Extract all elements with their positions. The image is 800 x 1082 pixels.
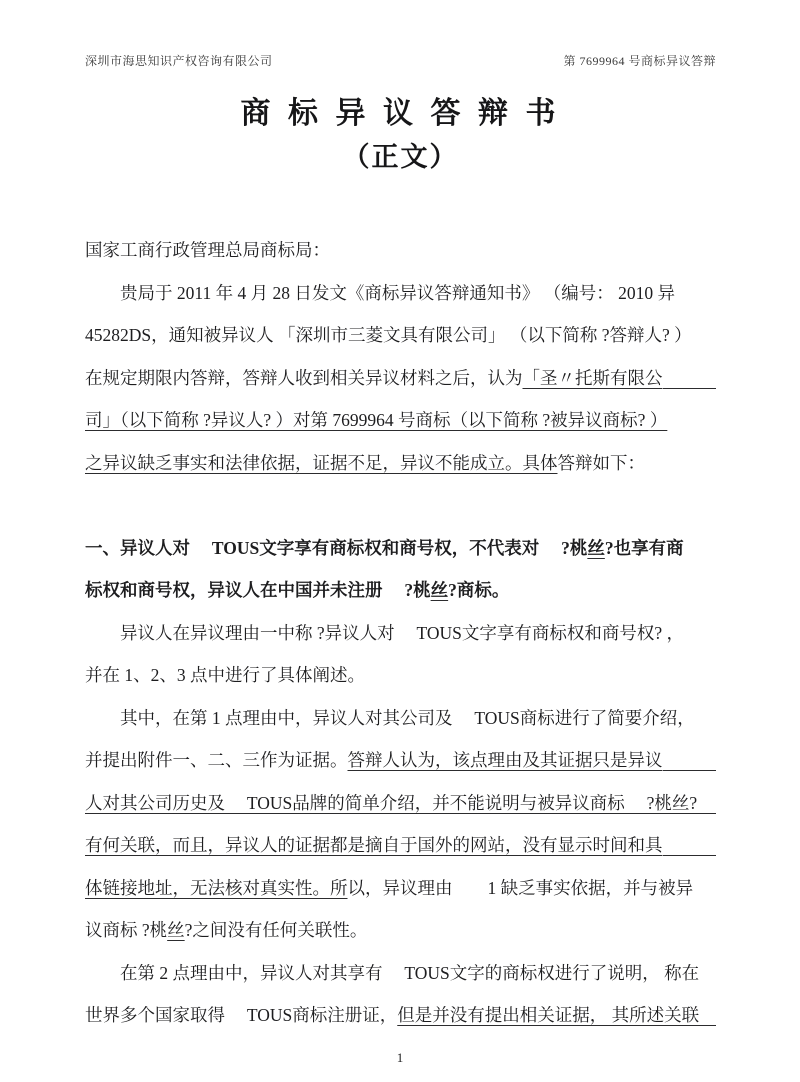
text-run: 丝	[587, 527, 605, 570]
text-run: 以，异议理由 1 缺乏事实依据，并与被异	[348, 867, 694, 910]
document-line: 并提出附件一、二、三作为证据。答辩人认为，该点理由及其证据只是异议	[85, 739, 716, 782]
text-run: 贵局于 2011 年 4 月 28 日发文《商标异议答辩通知书》 （编号： 20…	[85, 272, 675, 315]
header-left-text: 深圳市海思知识产权咨询有限公司	[85, 52, 273, 69]
document-line: 一、异议人对 TOUS文字享有商标权和商号权，不代表对 ?桃丝?也享有商	[85, 527, 716, 570]
document-line: 并在 1、2、3 点中进行了具体阐述。	[85, 654, 716, 697]
text-run: 一、异议人对 TOUS文字享有商标权和商号权，不代表对 ?桃	[85, 527, 587, 570]
text-run: ?也享有商	[605, 527, 684, 570]
text-run: 异议人在异议理由一中称 ?异议人对 TOUS文字享有商标权和商号权? ，	[85, 612, 684, 655]
document-body: 国家工商行政管理总局商标局： 贵局于 2011 年 4 月 28 日发文《商标异…	[85, 229, 716, 1037]
document-line: 体链接地址，无法核对真实性。所以，异议理由 1 缺乏事实依据，并与被异	[85, 867, 716, 910]
text-run: 世界多个国家取得 TOUS商标注册证，	[85, 994, 397, 1037]
document-line: 在第 2 点理由中，异议人对其享有 TOUS文字的商标权进行了说明， 称在	[85, 952, 716, 995]
text-run: 并在 1、2、3 点中进行了具体阐述。	[85, 654, 365, 697]
page-header: 深圳市海思知识产权咨询有限公司 第 7699964 号商标异议答辩	[85, 52, 716, 69]
text-run: 国家工商行政管理总局商标局：	[85, 229, 330, 272]
text-run: 但是并没有提出相关证据， 其所述关联	[397, 994, 699, 1037]
text-run: 其中，在第 1 点理由中，异议人对其公司及 TOUS商标进行了简要介绍，	[85, 697, 695, 740]
text-run: 丝	[431, 569, 449, 612]
document-line: 45282DS，通知被异议人 「深圳市三菱文具有限公司」 （以下简称 ?答辩人?…	[85, 314, 716, 357]
document-line: 之异议缺乏事实和法律依据，证据不足，异议不能成立。具体答辩如下：	[85, 442, 716, 485]
document-line: 世界多个国家取得 TOUS商标注册证，但是并没有提出相关证据， 其所述关联	[85, 994, 716, 1037]
text-run: 答辩如下：	[558, 442, 646, 485]
text-run: 45282DS，通知被异议人 「深圳市三菱文具有限公司」 （以下简称 ?答辩人?…	[85, 314, 692, 357]
text-run: 丝	[167, 909, 185, 952]
text-run: 人对其公司历史及 TOUS品牌的简单介绍，并不能说明与被异议商标 ?桃丝?	[85, 782, 697, 825]
text-run: 有何关联，而且，异议人的证据都是摘自于国外的网站，没有显示时间和具	[85, 824, 663, 867]
text-run: 在第 2 点理由中，异议人对其享有 TOUS文字的商标权进行了说明， 称在	[85, 952, 699, 995]
text-run: ?之间没有任何关联性。	[185, 909, 368, 952]
text-run: 司」（以下简称 ?异议人? ）对第 7699964 号商标（以下简称 ?被异议商…	[85, 399, 667, 442]
text-run: 之异议缺乏事实和法律依据，证据不足，异议不能成立。具体	[85, 442, 558, 485]
text-run: 议商标 ?桃	[85, 909, 167, 952]
document-line: 司」（以下简称 ?异议人? ）对第 7699964 号商标（以下简称 ?被异议商…	[85, 399, 716, 442]
document-line: 异议人在异议理由一中称 ?异议人对 TOUS文字享有商标权和商号权? ，	[85, 612, 716, 655]
text-run: 答辩人认为，该点理由及其证据只是异议	[348, 739, 663, 782]
text-run: 在规定期限内答辩，答辩人收到相关异议材料之后，认为	[85, 357, 523, 400]
header-right-text: 第 7699964 号商标异议答辩	[563, 52, 716, 69]
document-page: 深圳市海思知识产权咨询有限公司 第 7699964 号商标异议答辩 商 标 异 …	[0, 0, 800, 1082]
document-line	[85, 484, 716, 527]
text-run: 体链接地址，无法核对真实性。所	[85, 867, 348, 910]
document-line: 议商标 ?桃丝?之间没有任何关联性。	[85, 909, 716, 952]
text-run: ?商标。	[448, 569, 509, 612]
document-line: 其中，在第 1 点理由中，异议人对其公司及 TOUS商标进行了简要介绍，	[85, 697, 716, 740]
text-run: 「圣〃托斯有限公	[523, 357, 663, 400]
document-line: 标权和商号权，异议人在中国并未注册 ?桃丝?商标。	[85, 569, 716, 612]
page-number: 1	[0, 1050, 800, 1066]
document-line: 人对其公司历史及 TOUS品牌的简单介绍，并不能说明与被异议商标 ?桃丝?	[85, 782, 716, 825]
document-line: 国家工商行政管理总局商标局：	[85, 229, 716, 272]
document-subtitle: （正文）	[85, 137, 716, 177]
text-run: 并提出附件一、二、三作为证据。	[85, 739, 348, 782]
document-line: 有何关联，而且，异议人的证据都是摘自于国外的网站，没有显示时间和具	[85, 824, 716, 867]
document-line: 贵局于 2011 年 4 月 28 日发文《商标异议答辩通知书》 （编号： 20…	[85, 272, 716, 315]
text-run: 标权和商号权，异议人在中国并未注册 ?桃	[85, 569, 431, 612]
document-line: 在规定期限内答辩，答辩人收到相关异议材料之后，认为「圣〃托斯有限公	[85, 357, 716, 400]
document-title: 商 标 异 议 答 辩 书	[85, 93, 716, 135]
